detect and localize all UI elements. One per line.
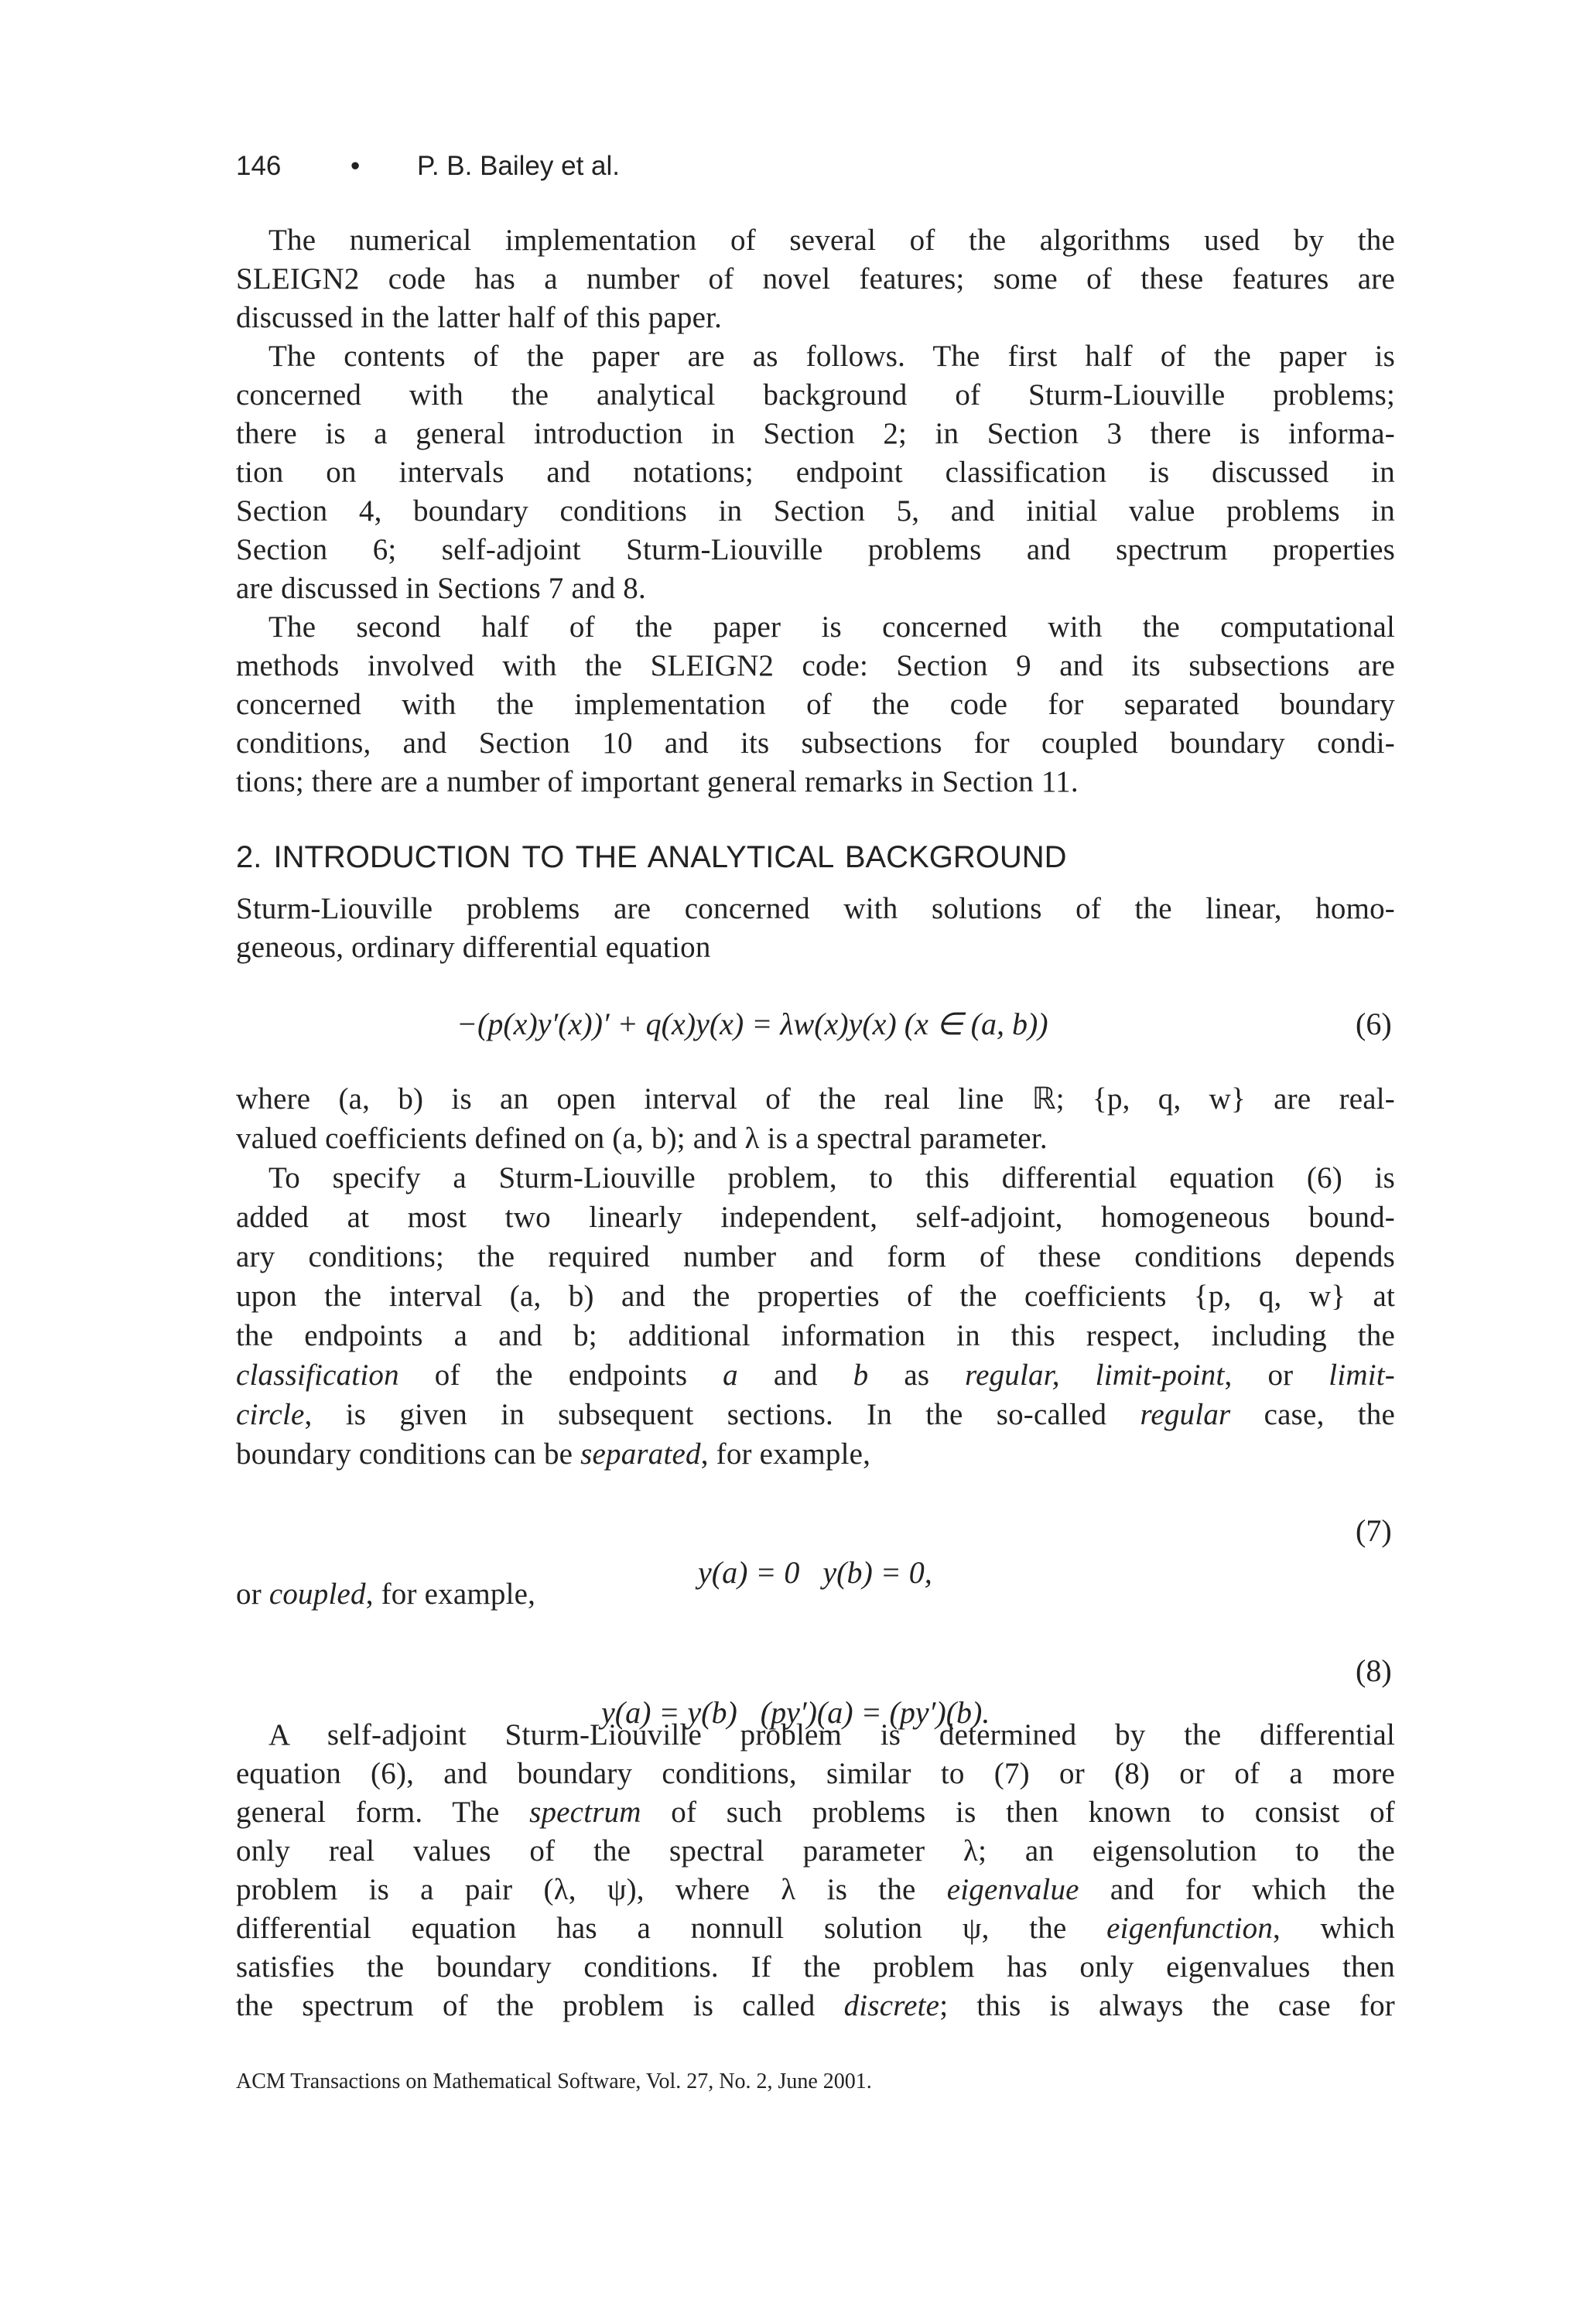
text-line: valued coefficients defined on (a, b); a… [236,1119,1395,1158]
emphasis: eigenvalue [947,1873,1079,1906]
text-run: of such problems is then known to consis… [641,1796,1395,1829]
text-line: are discussed in Sections 7 and 8. [236,569,1395,608]
text-run: as [868,1359,965,1392]
document-page: 146 • P. B. Bailey et al. The numerical … [0,0,1573,2324]
text-run: or [236,1577,269,1611]
emphasis: eigenfunction [1106,1912,1273,1945]
text-line: To specify a Sturm-Liouville problem, to… [268,1159,1395,1198]
text-run: , is given in subsequent sections. In th… [305,1398,1140,1431]
text-run: , for example, [366,1577,535,1611]
text-run: boundary conditions can be [236,1437,580,1471]
text-line: satisfies the boundary conditions. If th… [236,1948,1395,1987]
running-head-authors: P. B. Bailey et al. [417,150,620,183]
emphasis: regular, limit-point [965,1359,1224,1392]
equation-number-8: (8) [1356,1650,1392,1692]
emphasis: spectrum [529,1796,641,1829]
equation-8: y(a) = y(b) (py′)(a) = (py′)(b). [570,1650,990,1692]
math-variable: a [723,1359,738,1392]
text-line: SLEIGN2 code has a number of novel featu… [236,260,1395,299]
equation-number-6: (6) [1356,1003,1392,1045]
text-run: , or [1225,1359,1329,1392]
math-variable: b [853,1359,869,1392]
emphasis: discrete [844,1989,940,2022]
text-run: and [738,1359,853,1392]
emphasis: coupled [269,1577,366,1611]
text-run: the spectrum of the problem is called [236,1989,844,2022]
text-line: discussed in the latter half of this pap… [236,299,1395,337]
text-run: of the endpoints [399,1359,723,1392]
text-line: tion on intervals and notations; endpoin… [236,453,1395,492]
text-line: Section 4, boundary conditions in Sectio… [236,492,1395,531]
text-line: Section 6; self-adjoint Sturm-Liouville … [236,531,1395,569]
text-line: The second half of the paper is concerne… [268,608,1395,647]
text-line: tions; there are a number of important g… [236,763,1395,801]
text-run: problem is a pair (λ, ψ), where λ is the [236,1873,947,1906]
text-line: conditions, and Section 10 and its subse… [236,724,1395,763]
text-run: differential equation has a nonnull solu… [236,1912,1106,1945]
equation-number-7: (7) [1356,1510,1392,1552]
text-line: Sturm-Liouville problems are concerned w… [236,890,1395,928]
text-line: ary conditions; the required number and … [236,1238,1395,1276]
text-line: concerned with the implementation of the… [236,685,1395,724]
emphasis: regular [1140,1398,1230,1431]
emphasis: circle [236,1398,305,1431]
equation-6-body: −(p(x)y′(x))′ + q(x)y(x) = λw(x)y(x) (x … [457,1006,1048,1041]
equation-7: y(a) = 0 y(b) = 0, [667,1510,932,1552]
emphasis: separated [580,1437,701,1471]
text-run: general form. The [236,1796,529,1829]
text-line: added at most two linearly independent, … [236,1198,1395,1237]
text-run: , for example, [701,1437,870,1471]
text-line: only real values of the spectral paramet… [236,1832,1395,1871]
bullet-separator-icon: • [351,150,360,183]
text-line: The numerical implementation of several … [268,221,1395,260]
text-line: A self-adjoint Sturm-Liouville problem i… [268,1716,1395,1755]
section-heading: 2. INTRODUCTION TO THE ANALYTICAL BACKGR… [236,839,1067,876]
journal-footer: ACM Transactions on Mathematical Softwar… [236,2068,872,2096]
text-line: geneous, ordinary differential equation [236,928,1395,967]
text-run: ; this is always the case for [939,1989,1395,2022]
text-line: or coupled, for example, [236,1575,1395,1614]
text-line: circle, is given in subsequent sections.… [236,1396,1395,1434]
text-line: methods involved with the SLEIGN2 code: … [236,647,1395,685]
equation-6: −(p(x)y′(x))′ + q(x)y(x) = λw(x)y(x) (x … [457,1003,1048,1045]
text-line: classification of the endpoints a and b … [236,1356,1395,1395]
text-line: the spectrum of the problem is called di… [236,1987,1395,2025]
emphasis: classification [236,1359,399,1392]
text-run: case, the [1230,1398,1395,1431]
text-line: differential equation has a nonnull solu… [236,1909,1395,1948]
text-run: , which [1273,1912,1395,1945]
text-line: upon the interval (a, b) and the propert… [236,1277,1395,1316]
text-line: The contents of the paper are as follows… [268,337,1395,376]
emphasis: limit- [1329,1359,1395,1392]
text-line: general form. The spectrum of such probl… [236,1793,1395,1832]
text-line: concerned with the analytical background… [236,376,1395,415]
text-line: boundary conditions can be separated, fo… [236,1435,1395,1474]
text-line: equation (6), and boundary conditions, s… [236,1755,1395,1793]
text-line: the endpoints a and b; additional inform… [236,1317,1395,1355]
text-line: where (a, b) is an open interval of the … [236,1080,1395,1119]
page-number: 146 [236,150,281,183]
text-line: problem is a pair (λ, ψ), where λ is the… [236,1871,1395,1909]
text-line: there is a general introduction in Secti… [236,415,1395,453]
text-run: and for which the [1079,1873,1395,1906]
